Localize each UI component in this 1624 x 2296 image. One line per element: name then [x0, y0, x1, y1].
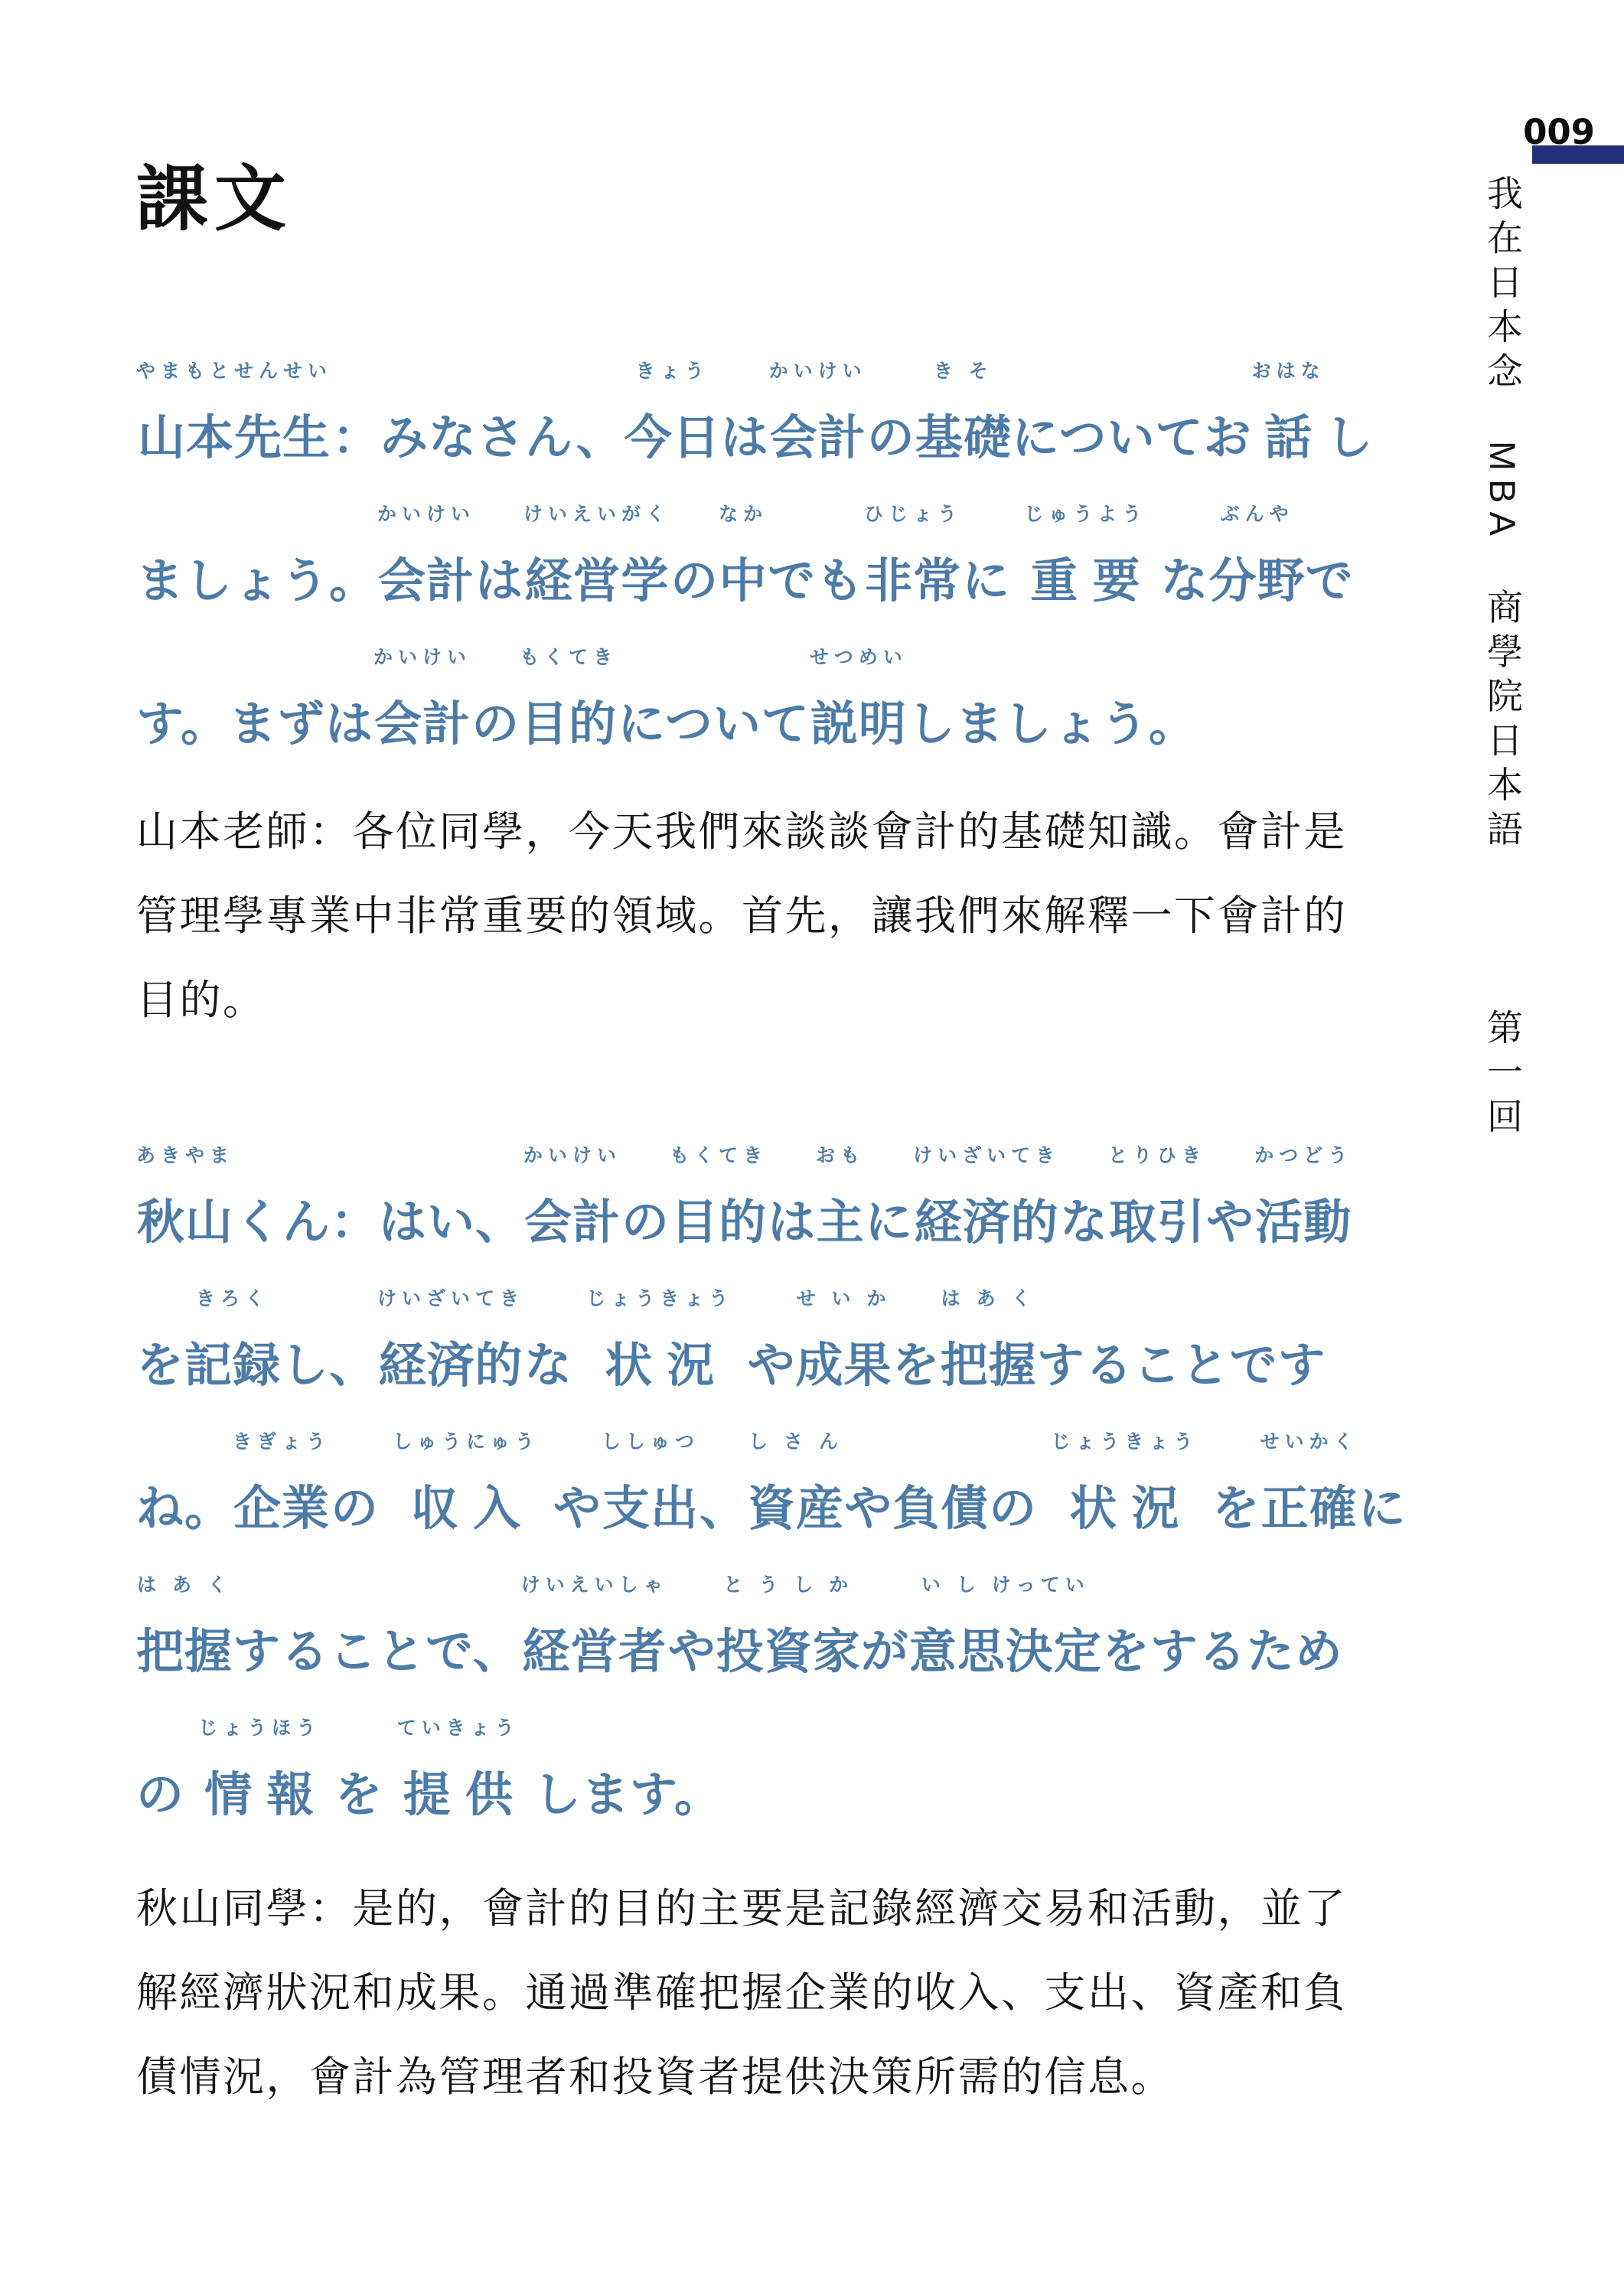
- furigana: [1146, 503, 1208, 526]
- ruby-segment: ししゅつ支出: [602, 1430, 699, 1534]
- base-text: は: [475, 556, 523, 607]
- text-segment: 、: [699, 1430, 748, 1534]
- base-text: することです: [1037, 1341, 1326, 1391]
- furigana: [618, 646, 810, 669]
- base-text: の: [621, 1198, 670, 1248]
- ruby-segment: かつどう活動: [1254, 1144, 1352, 1248]
- base-text: についてお: [1012, 413, 1252, 464]
- base-text: ましょう。: [136, 556, 377, 607]
- furigana: [136, 1717, 198, 1740]
- base-text: 、: [699, 1484, 748, 1534]
- furigana: なか: [719, 503, 768, 526]
- base-text: な: [524, 1341, 586, 1391]
- furigana: [524, 1287, 586, 1310]
- ruby-segment: ていきょう提 供: [397, 1717, 520, 1821]
- furigana: [1037, 1287, 1326, 1310]
- ruby-segment: きょう今日: [624, 360, 721, 464]
- furigana: かつどう: [1254, 1144, 1352, 1167]
- furigana: かいけい: [523, 1144, 621, 1167]
- ruby-segment: じょうほう情 報: [198, 1717, 321, 1821]
- text-segment: は: [475, 503, 523, 607]
- base-text: し: [1326, 413, 1374, 464]
- base-text: は: [721, 413, 769, 464]
- furigana: は あ く: [941, 1287, 1037, 1310]
- text-segment: な: [1060, 1144, 1108, 1248]
- furigana: じゅうよう: [1024, 503, 1146, 526]
- text-segment: し、: [281, 1287, 377, 1391]
- ruby-segment: と う し か投資家: [716, 1574, 861, 1678]
- furigana: [136, 646, 373, 669]
- base-text: 会計: [523, 1198, 621, 1248]
- base-text: 取引: [1108, 1198, 1206, 1248]
- furigana: は あ く: [136, 1574, 233, 1596]
- base-text: 山本先生: [136, 413, 332, 464]
- ruby-segment: おはな話: [1252, 360, 1326, 464]
- ruby-segment: やまもとせんせい山本先生: [136, 360, 332, 464]
- furigana: ていきょう: [397, 1717, 520, 1740]
- base-text: の: [331, 1484, 393, 1534]
- ruby-segment: けいざいてき経済的: [377, 1287, 524, 1391]
- text-segment: の: [471, 646, 520, 750]
- text-segment: し: [1326, 360, 1374, 464]
- furigana: かいけい: [377, 503, 475, 526]
- ruby-segment: き そ基礎: [915, 360, 1012, 464]
- base-text: 秋山: [136, 1198, 234, 1248]
- text-line: 秋山同學：是的，會計的目的主要是記錄經濟交易和活動，並了: [136, 1884, 1483, 1968]
- ruby-segment: ひじょう非常: [864, 503, 962, 607]
- text-segment: することです: [1037, 1287, 1326, 1391]
- base-text: 状 況: [1051, 1484, 1198, 1534]
- dialogue-japanese-akiyama: あきやま秋山 くん：はい、かいけい会計 のもくてき目的 はおも主 にけいざいてき…: [136, 1144, 1483, 1860]
- base-text: 重 要: [1024, 556, 1146, 607]
- furigana: せいかく: [1260, 1430, 1358, 1453]
- furigana: [668, 1574, 716, 1596]
- furigana: [733, 1287, 795, 1310]
- base-text: 経営者: [521, 1627, 668, 1678]
- furigana: [721, 360, 769, 383]
- base-text: し、: [281, 1341, 377, 1391]
- text-segment: や: [1206, 1144, 1254, 1248]
- text-line: をきろく記録 し、けいざいてき経済的 な じょうきょう状 況 やせ い か成果 …: [136, 1287, 1483, 1430]
- base-text: 提 供: [397, 1770, 520, 1821]
- text-line: 債情況，會計為管理者和投資者提供決策所需的信息。: [136, 2053, 1483, 2137]
- ruby-segment: もくてき目的: [670, 1144, 768, 1248]
- base-text: ：みなさん、: [332, 413, 624, 464]
- text-segment: や: [733, 1287, 795, 1391]
- furigana: し さ ん: [748, 1430, 844, 1453]
- base-text: 負債: [892, 1484, 989, 1534]
- furigana: ししゅつ: [602, 1430, 699, 1453]
- base-text: や: [844, 1484, 892, 1534]
- base-text: の: [670, 556, 719, 607]
- text-segment: は: [768, 1144, 816, 1248]
- base-text: で: [1306, 556, 1354, 607]
- furigana: [844, 1430, 892, 1453]
- furigana: [892, 1287, 941, 1310]
- furigana: と う し か: [716, 1574, 861, 1596]
- base-text: 記録: [184, 1341, 281, 1391]
- chapter-marker-vertical: 第一回: [1477, 1009, 1528, 1208]
- furigana: [540, 1430, 602, 1453]
- furigana: おはな: [1252, 360, 1326, 383]
- base-text: の: [989, 1484, 1051, 1534]
- furigana: せ い か: [796, 1287, 892, 1310]
- base-text: をするため: [1102, 1627, 1343, 1678]
- furigana: じょうきょう: [586, 1287, 733, 1310]
- ruby-segment: おも主: [816, 1144, 865, 1248]
- base-text: について: [618, 700, 810, 750]
- textbook-page: 課文 009 我在日本念 MBA 商學院日本語 第一回 やまもとせんせい山本先生…: [0, 0, 1624, 2296]
- ruby-segment: い し けってい意思決定: [909, 1574, 1102, 1678]
- ruby-segment: せつめい説明: [810, 646, 908, 750]
- furigana: きょう: [624, 360, 721, 383]
- base-text: 説明: [810, 700, 908, 750]
- text-line: 管理學專業中非常重要的領域。首先，讓我們來解釋一下會計的: [136, 892, 1483, 976]
- furigana: [1206, 1144, 1254, 1167]
- ruby-segment: きぎょう企業: [233, 1430, 331, 1534]
- furigana: [699, 1430, 748, 1453]
- base-text: に: [962, 556, 1024, 607]
- text-segment: す。まずは: [136, 646, 373, 750]
- furigana: じょうきょう: [1051, 1430, 1198, 1453]
- base-text: 分野: [1209, 556, 1306, 607]
- base-text: 会計: [377, 556, 475, 607]
- text-segment: を: [136, 1287, 184, 1391]
- furigana: [234, 1144, 523, 1167]
- ruby-segment: けいざいてき経済的: [913, 1144, 1060, 1248]
- ruby-segment: ぶんや分野: [1209, 503, 1306, 607]
- furigana: かいけい: [373, 646, 471, 669]
- furigana: [520, 1717, 722, 1740]
- text-segment: 負債: [892, 1430, 989, 1534]
- text-segment: や: [540, 1430, 602, 1534]
- base-text: に: [1358, 1484, 1407, 1534]
- furigana: けいざいてき: [377, 1287, 524, 1310]
- base-text: の: [867, 413, 915, 464]
- base-text: 目的: [520, 700, 618, 750]
- furigana: きろく: [184, 1287, 281, 1310]
- base-text: を: [1198, 1484, 1260, 1534]
- base-text: す。まずは: [136, 700, 373, 750]
- base-text: 非常: [864, 556, 962, 607]
- ruby-segment: けいえいがく経営学: [523, 503, 670, 607]
- ruby-segment: とりひき取引: [1108, 1144, 1206, 1248]
- furigana: [233, 1574, 521, 1596]
- base-text: 収 入: [393, 1484, 540, 1534]
- furigana: [1060, 1144, 1108, 1167]
- ruby-segment: かいけい会計: [377, 503, 475, 607]
- text-line: 解經濟狀況和成果。通過準確把握企業的收入、支出、資產和負: [136, 1968, 1483, 2053]
- base-text: 経済的: [377, 1341, 524, 1391]
- base-text: することで、: [233, 1627, 521, 1678]
- furigana: [768, 503, 864, 526]
- base-text: 意思決定: [909, 1627, 1102, 1678]
- furigana: [475, 503, 523, 526]
- text-segment: で: [1306, 503, 1354, 607]
- furigana: けいえいしゃ: [521, 1574, 668, 1596]
- text-line: 山本老師：各位同學，今天我們來談談會計的基礎知識。會計是: [136, 807, 1483, 892]
- furigana: [908, 646, 1197, 669]
- ruby-segment: けいえいしゃ経営者: [521, 1574, 668, 1678]
- ruby-segment: あきやま秋山: [136, 1144, 234, 1248]
- base-text: ね。: [136, 1484, 233, 1534]
- text-line: ましょう。かいけい会計 はけいえいがく経営学 のなか中 でもひじょう非常 に じ…: [136, 503, 1483, 646]
- base-text: 情 報: [198, 1770, 321, 1821]
- base-text: や: [1206, 1198, 1254, 1248]
- furigana: しゅうにゅう: [393, 1430, 540, 1453]
- text-segment: の: [867, 360, 915, 464]
- text-segment: の: [670, 503, 719, 607]
- text-line: す。まずはかいけい会計 のもくてき目的 についてせつめい説明 しましょう。: [136, 646, 1483, 789]
- page-number-bar: [1532, 145, 1624, 164]
- dialogue-chinese-akiyama: 秋山同學：是的，會計的目的主要是記錄經濟交易和活動，並了解經濟狀況和成果。通過準…: [136, 1884, 1483, 2137]
- furigana: とりひき: [1108, 1144, 1206, 1167]
- furigana: もくてき: [670, 1144, 768, 1167]
- text-segment: することで、: [233, 1574, 521, 1678]
- text-line: は あ く把握 することで、けいえいしゃ経営者 やと う し か投資家 がい し…: [136, 1574, 1483, 1717]
- furigana: [768, 1144, 816, 1167]
- base-text: 主: [816, 1198, 865, 1248]
- text-line: の じょうほう情 報 を ていきょう提 供 します。: [136, 1717, 1483, 1860]
- text-segment: に: [962, 503, 1024, 607]
- base-text: しましょう。: [908, 700, 1197, 750]
- base-text: を: [321, 1770, 396, 1821]
- ruby-segment: もくてき目的: [520, 646, 618, 750]
- furigana: [1358, 1430, 1407, 1453]
- ruby-segment: じゅうよう重 要: [1024, 503, 1146, 607]
- furigana: きぎょう: [233, 1430, 331, 1453]
- furigana: [1306, 503, 1354, 526]
- text-segment: に: [1358, 1430, 1407, 1534]
- base-text: 成果: [796, 1341, 892, 1391]
- dialogue-chinese-yamamoto: 山本老師：各位同學，今天我們來談談會計的基礎知識。會計是管理學專業中非常重要的領…: [136, 807, 1483, 1060]
- base-text: 会計: [373, 700, 471, 750]
- text-segment: を: [1198, 1430, 1260, 1534]
- text-segment: くん：はい、: [234, 1144, 523, 1248]
- text-segment: や: [844, 1430, 892, 1534]
- base-text: 会計: [769, 413, 867, 464]
- base-text: くん：はい、: [234, 1198, 523, 1248]
- book-series-title-vertical: 我在日本念 MBA 商學院日本語: [1477, 174, 1528, 940]
- base-text: 経営学: [523, 556, 670, 607]
- furigana: き そ: [915, 360, 1012, 383]
- furigana: [331, 1430, 393, 1453]
- text-segment: が: [861, 1574, 909, 1678]
- furigana: [1198, 1430, 1260, 1453]
- base-text: します。: [520, 1770, 722, 1821]
- furigana: かいけい: [769, 360, 867, 383]
- text-line: ね。きぎょう企業 の しゅうにゅう収 入 やししゅつ支出 、し さ ん資産 や …: [136, 1430, 1483, 1574]
- furigana: [332, 360, 624, 383]
- ruby-segment: じょうきょう状 況: [1051, 1430, 1198, 1534]
- ruby-segment: かいけい会計: [523, 1144, 621, 1248]
- ruby-segment: し さ ん資産: [748, 1430, 844, 1534]
- furigana: けいえいがく: [523, 503, 670, 526]
- ruby-segment: しゅうにゅう収 入: [393, 1430, 540, 1534]
- base-text: や: [668, 1627, 716, 1678]
- base-text: の: [136, 1770, 198, 1821]
- text-segment: しましょう。: [908, 646, 1197, 750]
- text-segment: は: [721, 360, 769, 464]
- text-line: あきやま秋山 くん：はい、かいけい会計 のもくてき目的 はおも主 にけいざいてき…: [136, 1144, 1483, 1287]
- furigana: [136, 1430, 233, 1453]
- dialogue-japanese-yamamoto: やまもとせんせい山本先生 ：みなさん、きょう今日 はかいけい会計 のき そ基礎 …: [136, 360, 1483, 789]
- ruby-segment: せいかく正確: [1260, 1430, 1358, 1534]
- base-text: 支出: [602, 1484, 699, 1534]
- base-text: が: [861, 1627, 909, 1678]
- text-segment: の: [331, 1430, 393, 1534]
- furigana: [1326, 360, 1374, 383]
- text-segment: についてお: [1012, 360, 1252, 464]
- base-text: や: [733, 1341, 795, 1391]
- ruby-segment: せ い か成果: [796, 1287, 892, 1391]
- base-text: は: [768, 1198, 816, 1248]
- base-text: を: [892, 1341, 941, 1391]
- furigana: ひじょう: [864, 503, 962, 526]
- base-text: 中: [719, 556, 768, 607]
- base-text: 話: [1252, 413, 1326, 464]
- text-segment: を: [321, 1717, 396, 1821]
- text-segment: します。: [520, 1717, 722, 1821]
- text-segment: の: [621, 1144, 670, 1248]
- furigana: [989, 1430, 1051, 1453]
- ruby-segment: は あ く把握: [136, 1574, 233, 1678]
- text-segment: ね。: [136, 1430, 233, 1534]
- furigana: [471, 646, 520, 669]
- furigana: [136, 1287, 184, 1310]
- text-segment: や: [668, 1574, 716, 1678]
- text-segment: を: [892, 1287, 941, 1391]
- furigana: [867, 360, 915, 383]
- base-text: な: [1060, 1198, 1108, 1248]
- furigana: [865, 1144, 913, 1167]
- base-text: 投資家: [716, 1627, 861, 1678]
- text-segment: に: [865, 1144, 913, 1248]
- base-text: 資産: [748, 1484, 844, 1534]
- furigana: [1012, 360, 1252, 383]
- base-text: 状 況: [586, 1341, 733, 1391]
- base-text: 把握: [136, 1627, 233, 1678]
- furigana: [321, 1717, 396, 1740]
- page-title: 課文: [136, 157, 292, 241]
- base-text: や: [540, 1484, 602, 1534]
- ruby-segment: は あ く把握: [941, 1287, 1037, 1391]
- furigana: [621, 1144, 670, 1167]
- ruby-segment: かいけい会計: [769, 360, 867, 464]
- text-segment: ：みなさん、: [332, 360, 624, 464]
- base-text: 今日: [624, 413, 721, 464]
- base-text: 経済的: [913, 1198, 1060, 1248]
- furigana: [670, 503, 719, 526]
- base-text: に: [865, 1198, 913, 1248]
- text-line: 目的。: [136, 976, 1483, 1060]
- furigana: あきやま: [136, 1144, 234, 1167]
- ruby-segment: じょうきょう状 況: [586, 1287, 733, 1391]
- base-text: を: [136, 1341, 184, 1391]
- furigana: もくてき: [520, 646, 618, 669]
- text-segment: について: [618, 646, 810, 750]
- furigana: [1102, 1574, 1343, 1596]
- base-text: 企業: [233, 1484, 331, 1534]
- text-segment: の: [136, 1717, 198, 1821]
- base-text: 基礎: [915, 413, 1012, 464]
- furigana: ぶんや: [1209, 503, 1306, 526]
- base-text: な: [1146, 556, 1208, 607]
- furigana: じょうほう: [198, 1717, 321, 1740]
- furigana: [861, 1574, 909, 1596]
- base-text: 把握: [941, 1341, 1037, 1391]
- furigana: [892, 1430, 989, 1453]
- base-text: 目的: [670, 1198, 768, 1248]
- ruby-segment: きろく記録: [184, 1287, 281, 1391]
- ruby-segment: かいけい会計: [373, 646, 471, 750]
- text-segment: な: [1146, 503, 1208, 607]
- text-line: やまもとせんせい山本先生 ：みなさん、きょう今日 はかいけい会計 のき そ基礎 …: [136, 360, 1483, 503]
- text-segment: をするため: [1102, 1574, 1343, 1678]
- text-segment: ましょう。: [136, 503, 377, 607]
- base-text: でも: [768, 556, 864, 607]
- text-segment: でも: [768, 503, 864, 607]
- furigana: おも: [816, 1144, 865, 1167]
- ruby-segment: なか中: [719, 503, 768, 607]
- furigana: い し けってい: [909, 1574, 1102, 1596]
- text-segment: の: [989, 1430, 1051, 1534]
- base-text: 活動: [1254, 1198, 1352, 1248]
- furigana: せつめい: [810, 646, 908, 669]
- base-text: 正確: [1260, 1484, 1358, 1534]
- text-segment: な: [524, 1287, 586, 1391]
- page-number: 009: [1523, 115, 1595, 149]
- furigana: けいざいてき: [913, 1144, 1060, 1167]
- furigana: [136, 503, 377, 526]
- furigana: [281, 1287, 377, 1310]
- furigana: [962, 503, 1024, 526]
- furigana: やまもとせんせい: [136, 360, 332, 383]
- base-text: の: [471, 700, 520, 750]
